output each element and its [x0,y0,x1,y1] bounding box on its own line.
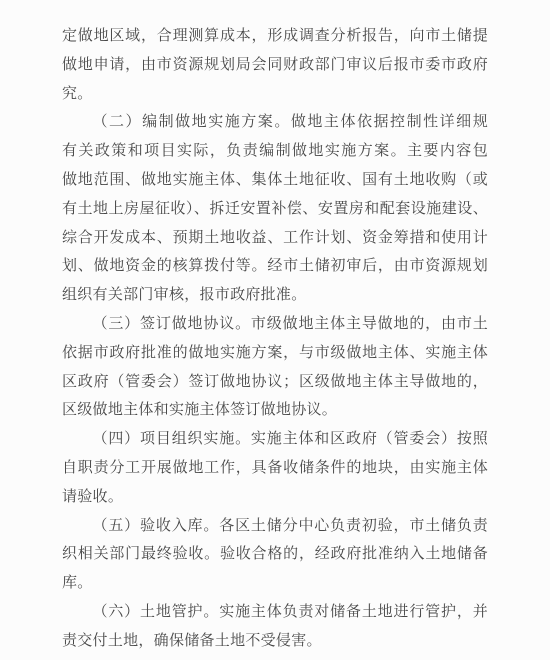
document-page: 定做地区域，合理测算成本，形成调查分析报告，向市土储提出 做地申请，由市资源规划… [0,0,550,660]
text-line: 划、做地资金的核算拨付等。经市土储初审后，由市资源规划局 [62,251,488,280]
text-line: （六）土地管护。实施主体负责对储备土地进行管护，并负 [62,597,488,626]
text-line: 有土地上房屋征收）、拆迁安置补偿、安置房和配套设施建设、 [62,194,488,223]
text-line: 织相关部门最终验收。验收合格的，经政府批准纳入土地储备 [62,539,488,568]
text-line: 请验收。 [62,482,488,511]
text-line: 做地范围、做地实施主体、集体土地征收、国有土地收购（或国 [62,165,488,194]
text-line: 依据市政府批准的做地实施方案，与市级做地主体、实施主体和 [62,338,488,367]
text-line: 责交付土地，确保储备土地不受侵害。 [62,626,488,655]
text-line: 组织有关部门审核，报市政府批准。 [62,280,488,309]
text-line: 做地申请，由市资源规划局会同财政部门审议后报市委市政府研 [62,50,488,79]
text-line: （二）编制做地实施方案。做地主体依据控制性详细规划、 [62,107,488,136]
text-line: 综合开发成本、预期土地收益、工作计划、资金筹措和使用计 [62,223,488,252]
text-line: 究。 [62,79,488,108]
text-line: 区级做地主体和实施主体签订做地协议。 [62,395,488,424]
document-text-block: 定做地区域，合理测算成本，形成调查分析报告，向市土储提出 做地申请，由市资源规划… [62,21,488,655]
text-line: （四）项目组织实施。实施主体和区政府（管委会）按照各 [62,424,488,453]
text-line: 定做地区域，合理测算成本，形成调查分析报告，向市土储提出 [62,21,488,50]
text-line: （五）验收入库。各区土储分中心负责初验，市土储负责组 [62,511,488,540]
text-line: 库。 [62,568,488,597]
text-line: （三）签订做地协议。市级做地主体主导做地的，由市土储 [62,309,488,338]
text-line: 自职责分工开展做地工作，具备收储条件的地块，由实施主体申 [62,453,488,482]
text-line: 有关政策和项目实际，负责编制做地实施方案。主要内容包括： [62,136,488,165]
text-line: 区政府（管委会）签订做地协议；区级做地主体主导做地的，与 [62,367,488,396]
